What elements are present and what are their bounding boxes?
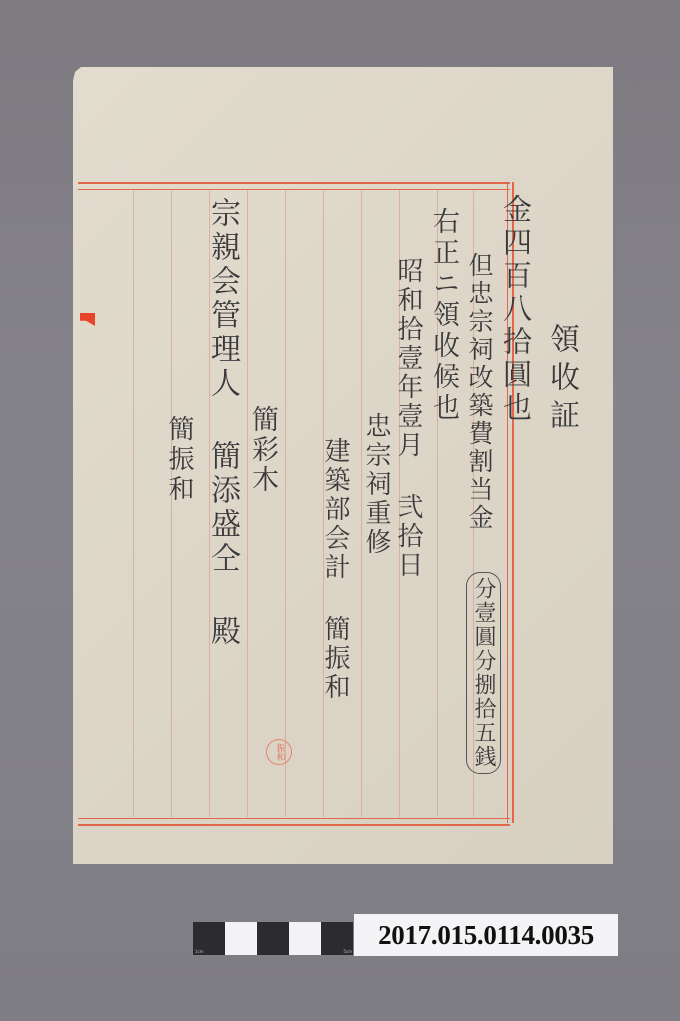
scale-bar: 1cm 5cm	[193, 922, 353, 955]
issuer-org-line-2: 建築部会計 簡振和	[317, 437, 354, 702]
red-tab-marker	[80, 313, 95, 326]
scale-label: 1cm	[195, 949, 204, 954]
purpose-note: 分壹圓分捌拾五銭	[466, 572, 501, 774]
scale-segment	[289, 922, 321, 955]
accession-number-label: 2017.015.0114.0035	[354, 914, 618, 956]
ruled-line	[285, 189, 286, 817]
red-frame-top	[78, 182, 510, 190]
date-text: 昭和拾壹年壹月 弐拾日	[390, 257, 427, 580]
recipient-co-name-1: 簡彩木	[243, 405, 282, 495]
scale-segment: 1cm	[193, 922, 225, 955]
issuer-org-line-1: 忠宗祠重修	[358, 412, 395, 557]
ruled-line	[247, 189, 248, 817]
ruled-line	[133, 189, 134, 817]
confirmation-text: 右正ニ領收候也	[424, 207, 463, 424]
receipt-paper: 領收証 金四百八拾圓也 但忠宗祠改築費割当金 分壹圓分捌拾五銭 右正ニ領收候也 …	[73, 67, 613, 864]
red-seal-stamp: 振和	[266, 739, 292, 765]
scale-segment: 5cm	[321, 922, 353, 955]
receipt-title: 領收証	[539, 323, 583, 437]
scale-segment	[225, 922, 257, 955]
amount-text: 金四百八拾圓也	[496, 194, 537, 425]
recipient-text: 宗親会管理人 簡添盛仝 殿	[200, 197, 244, 649]
red-frame-bottom	[78, 818, 510, 826]
purpose-text: 但忠宗祠改築費割当金	[461, 252, 497, 532]
scale-segment	[257, 922, 289, 955]
scale-label: 5cm	[343, 949, 352, 954]
recipient-co-name-2: 簡振和	[161, 415, 198, 505]
